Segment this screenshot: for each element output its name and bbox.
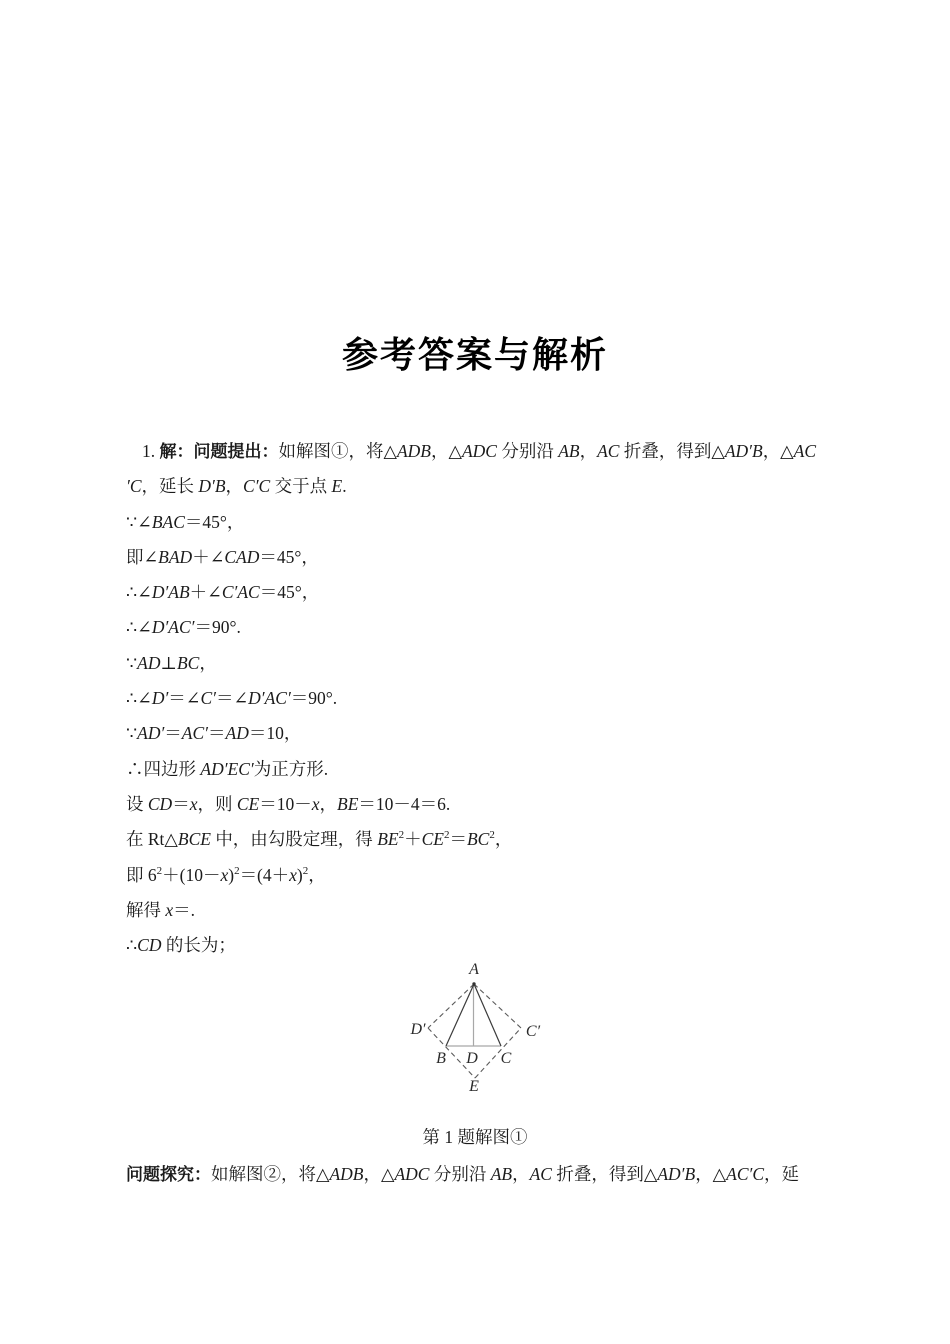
math-text: C′AC: [222, 582, 260, 602]
label-a: A: [468, 961, 479, 978]
solution-text-block: 1. 解：问题提出：如解图①，将△ADB，△ADC 分别沿 AB，AC 折叠，得…: [126, 434, 836, 963]
text-run: 折叠，得到△: [619, 441, 724, 461]
text-line: ∵AD′＝AC′＝AD＝10，: [126, 716, 836, 751]
text-run: 如解图①，将△: [279, 441, 397, 461]
text-run: ，延: [764, 1164, 799, 1184]
text-run: 为正方形.: [254, 759, 328, 779]
text-line: 设 CD＝x，则 CE＝10－x，BE＝10－4＝6.: [126, 787, 836, 822]
text-run: ，△: [763, 441, 794, 461]
text-run: .: [342, 476, 346, 496]
math-text: BE: [377, 829, 398, 849]
math-text: AC: [794, 441, 816, 461]
math-text: BC: [177, 653, 199, 673]
text-run: ，延长: [142, 476, 199, 496]
text-line: 即∠BAD＋∠CAD＝45°，: [126, 540, 836, 575]
text-run: ∵∠: [126, 512, 152, 532]
math-text: AD: [226, 723, 249, 743]
text-line: ∴四边形 AD′EC′为正方形.: [126, 752, 836, 787]
text-line: 在 Rt△BCE 中，由勾股定理，得 BE2＋CE2＝BC2，: [126, 822, 836, 857]
superscript: 2: [489, 829, 495, 841]
math-text: ′C: [126, 476, 142, 496]
triangle-fold-diagram: A D′ C′ B D C E: [393, 958, 563, 1095]
text-run: 解得: [126, 900, 165, 920]
math-text: AD: [137, 653, 160, 673]
figure-caption: 第 1 题解图①: [0, 1126, 950, 1148]
math-text: AC: [530, 1164, 552, 1184]
math-text: ADB: [329, 1164, 363, 1184]
bold-label: 问题探究：: [126, 1165, 211, 1184]
math-text: AC′: [182, 723, 208, 743]
math-text: BC: [467, 829, 489, 849]
math-text: BAC: [152, 512, 185, 532]
math-text: D′AB: [152, 582, 190, 602]
vertex-a-dot: [472, 982, 475, 985]
math-text: CE: [237, 794, 259, 814]
next-paragraph: 问题探究：如解图②，将△ADB，△ADC 分别沿 AB，AC 折叠，得到△AD′…: [126, 1157, 936, 1192]
text-line: 1. 解：问题提出：如解图①，将△ADB，△ADC 分别沿 AB，AC 折叠，得…: [126, 434, 836, 469]
text-run: ，: [226, 476, 244, 496]
text-run: ＝45°，: [259, 547, 319, 567]
text-line: 问题探究：如解图②，将△ADB，△ADC 分别沿 AB，AC 折叠，得到△AD′…: [126, 1157, 936, 1192]
text-run: ∵: [126, 653, 137, 673]
text-run: 1.: [142, 441, 160, 461]
superscript: 2: [399, 829, 405, 841]
text-run: 即 6: [126, 865, 157, 885]
bold-label: 解：问题提出：: [160, 442, 279, 461]
math-text: AD′EC′: [200, 759, 253, 779]
label-b: B: [436, 1050, 446, 1067]
text-run: ＝10－4＝6.: [358, 794, 450, 814]
math-text: C′C: [243, 476, 270, 496]
text-run: ，△: [431, 441, 462, 461]
text-run: ，: [512, 1164, 530, 1184]
text-run: ，: [580, 441, 598, 461]
math-text: x: [312, 794, 320, 814]
text-run: ∴∠: [126, 688, 152, 708]
text-run: 分别沿: [497, 441, 558, 461]
math-text: D′: [152, 688, 168, 708]
text-line: 即 62＋(10－x)2＝(4＋x)2，: [126, 858, 836, 893]
text-run: ＝45°，: [260, 582, 320, 602]
text-run: ): [297, 865, 303, 885]
text-line: ∴∠D′＝∠C′＝∠D′AC′＝90°.: [126, 681, 836, 716]
math-text: C′: [200, 688, 216, 708]
math-text: D′AC′: [248, 688, 291, 708]
text-run: ，△: [364, 1164, 395, 1184]
text-run: ＝90°.: [291, 688, 337, 708]
text-run: 折叠，得到△: [552, 1164, 657, 1184]
math-text: BCE: [178, 829, 211, 849]
text-run: 分别沿: [429, 1164, 490, 1184]
math-text: AB: [558, 441, 579, 461]
text-run: ＝45°，: [185, 512, 245, 532]
superscript: 2: [303, 865, 309, 877]
text-run: ＝: [164, 723, 182, 743]
text-run: 设: [126, 794, 148, 814]
label-c-prime: C′: [526, 1023, 541, 1040]
text-run: ＝: [172, 794, 190, 814]
text-run: 中，由勾股定理，得: [211, 829, 377, 849]
math-text: CD: [137, 935, 161, 955]
text-run: ∴∠: [126, 617, 152, 637]
text-run: 在 Rt△: [126, 829, 178, 849]
text-run: ＋∠: [190, 582, 222, 602]
text-run: ∴四边形: [126, 759, 200, 779]
superscript: 2: [444, 829, 450, 841]
document-page: 参考答案与解析 1. 解：问题提出：如解图①，将△ADB，△ADC 分别沿 AB…: [0, 0, 950, 1344]
label-c: C: [501, 1050, 512, 1067]
text-run: ＝∠: [216, 688, 248, 708]
label-d: D: [465, 1050, 478, 1067]
text-run: ∴: [126, 935, 137, 955]
text-run: ＝(4＋: [240, 865, 290, 885]
text-line: ∴∠D′AC′＝90°.: [126, 610, 836, 645]
math-text: x: [165, 900, 173, 920]
math-text: CE: [422, 829, 444, 849]
math-text: AC: [597, 441, 619, 461]
math-text: ADB: [397, 441, 431, 461]
math-text: E: [331, 476, 342, 496]
text-run: ＋: [404, 829, 422, 849]
text-run: ＝10－: [259, 794, 312, 814]
text-run: 即∠: [126, 547, 158, 567]
math-text: D′B: [198, 476, 225, 496]
math-text: AD′B: [657, 1164, 695, 1184]
text-line: 解得 x＝.: [126, 893, 836, 928]
math-text: ADC: [394, 1164, 429, 1184]
text-run: ＋∠: [192, 547, 224, 567]
math-text: AC′C: [726, 1164, 764, 1184]
text-line: ′C，延长 D′B，C′C 交于点 E.: [126, 469, 836, 504]
gray-segments: [446, 984, 501, 1046]
geometry-figure: A D′ C′ B D C E: [393, 958, 563, 1095]
text-run: ，: [320, 794, 338, 814]
math-text: AB: [491, 1164, 512, 1184]
text-run: ，: [199, 653, 217, 673]
text-run: 的长为；: [161, 935, 235, 955]
text-line: ∵AD⊥BC，: [126, 646, 836, 681]
text-run: ∵: [126, 723, 137, 743]
math-text: AD′B: [725, 441, 763, 461]
text-line: ∴∠D′AB＋∠C′AC＝45°，: [126, 575, 836, 610]
math-text: D′AC′: [152, 617, 195, 637]
math-text: BE: [337, 794, 358, 814]
text-run: 如解图②，将△: [211, 1164, 329, 1184]
label-e: E: [468, 1078, 479, 1095]
text-run: ＝∠: [168, 688, 200, 708]
text-run: ＋(10－: [162, 865, 220, 885]
math-text: BAD: [158, 547, 192, 567]
text-run: ＝: [449, 829, 467, 849]
text-run: ＝: [208, 723, 226, 743]
text-line: ∵∠BAC＝45°，: [126, 505, 836, 540]
math-text: AD′: [137, 723, 164, 743]
text-run: ＝90°.: [194, 617, 240, 637]
text-run: ，△: [695, 1164, 726, 1184]
page-title: 参考答案与解析: [0, 332, 950, 378]
text-run: ，: [495, 829, 513, 849]
text-run: ＝10，: [249, 723, 302, 743]
math-text: CAD: [224, 547, 259, 567]
text-run: 交于点: [270, 476, 331, 496]
math-text: ADC: [462, 441, 497, 461]
label-d-prime: D′: [409, 1021, 426, 1038]
text-run: ∴∠: [126, 582, 152, 602]
math-text: x: [289, 865, 297, 885]
text-run: ⊥: [160, 653, 176, 673]
superscript: 2: [234, 865, 240, 877]
text-run: ，则: [197, 794, 236, 814]
text-run: ，: [308, 865, 326, 885]
math-text: CD: [148, 794, 172, 814]
text-run: ＝.: [173, 900, 195, 920]
superscript: 2: [157, 865, 163, 877]
